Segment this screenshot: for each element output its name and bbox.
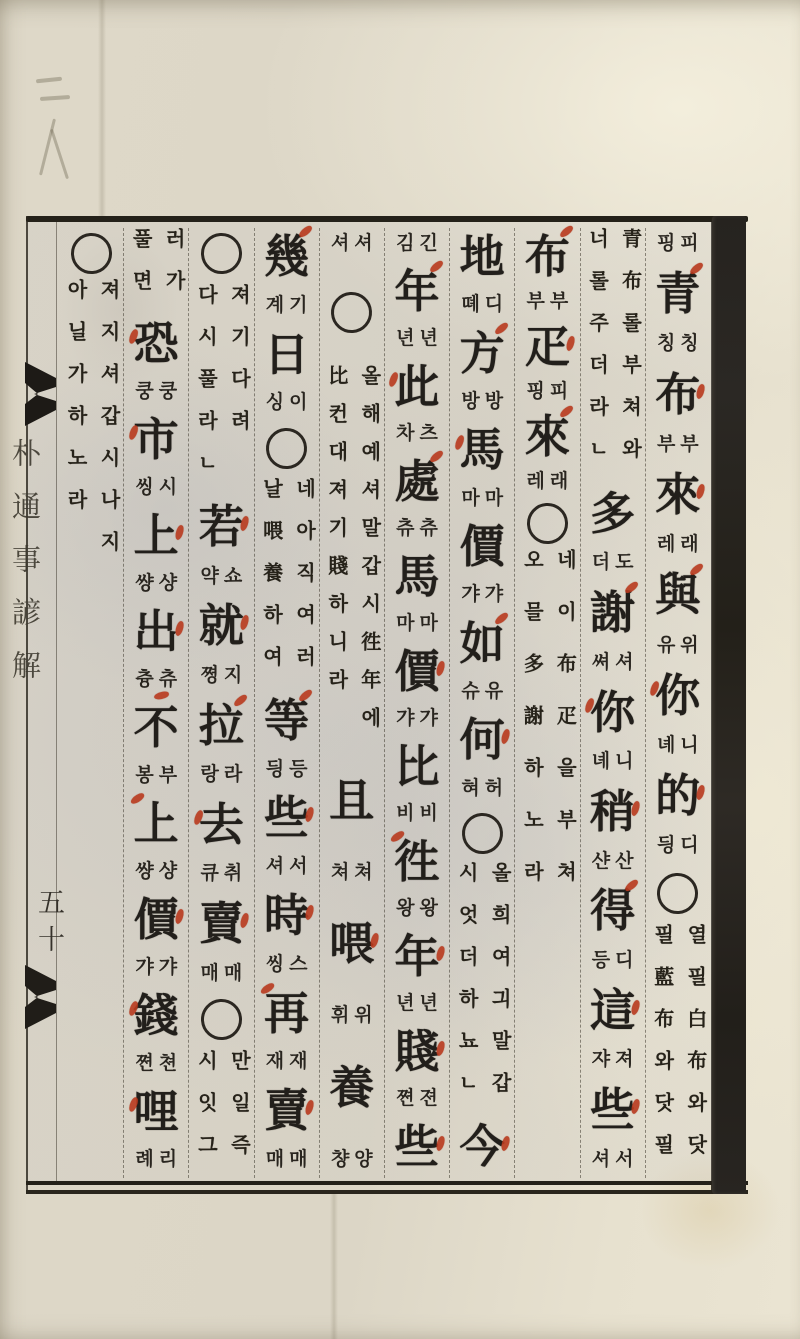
red-tone-mark <box>127 1096 140 1113</box>
red-tone-mark <box>173 620 185 636</box>
reading-right: 피 <box>680 228 698 260</box>
reading-left: 쎠 <box>592 647 610 679</box>
reading-right: 재 <box>289 1046 307 1078</box>
section-circle <box>265 427 309 471</box>
hangul-reading-pair: 레래 <box>657 529 699 561</box>
red-tone-mark <box>173 524 185 540</box>
paper-crease <box>330 1194 338 1339</box>
reading-left: 큐 <box>201 858 219 890</box>
red-tone-mark <box>127 424 140 441</box>
hangul-reading-pair: 씽스 <box>266 949 308 981</box>
red-tone-mark <box>623 879 639 893</box>
hangul-reading-pair: 매매 <box>266 1144 308 1176</box>
reading-left: 등 <box>592 945 610 977</box>
reading-right: 쳐 <box>354 857 372 889</box>
hangul-reading-pair: 비비 <box>396 798 438 830</box>
hangul-reading-pair: 셔서 <box>592 1144 634 1176</box>
hanja-char: 哩 <box>134 1083 179 1141</box>
red-tone-mark <box>304 904 316 920</box>
reading-left: 약 <box>201 561 219 593</box>
hanja-char: 稍 <box>590 783 635 841</box>
red-tone-mark <box>304 1099 316 1115</box>
hangul-reading-pair: 더도 <box>592 547 634 579</box>
red-tone-mark <box>239 912 251 928</box>
reading-right: 매 <box>289 1144 307 1176</box>
hanja-char: 與 <box>655 566 700 624</box>
red-tone-mark <box>390 829 406 843</box>
reading-right: 위 <box>680 630 698 662</box>
reading-right: 부 <box>159 760 177 792</box>
reading-right: 서 <box>615 1144 633 1176</box>
hangul-reading-pair: 유위 <box>657 630 699 662</box>
reading-right: 갸 <box>159 952 177 984</box>
reading-left: 계 <box>266 290 284 322</box>
hangul-reading-pair: 셔서 <box>266 851 308 883</box>
reading-right: 위 <box>354 1000 372 1032</box>
hangul-reading-pair: 례리 <box>135 1144 177 1176</box>
hanja-char: 若 <box>199 498 244 556</box>
reading-left: 왕 <box>396 893 414 925</box>
reading-left: 쪈 <box>396 1083 414 1115</box>
hangul-reading-pair: 핑피 <box>527 376 569 408</box>
section-circle <box>200 232 244 276</box>
reading-right: 샹 <box>159 568 177 600</box>
hanja-char: 此 <box>394 358 439 416</box>
reading-left: 썅 <box>135 856 153 888</box>
red-tone-mark <box>695 483 707 499</box>
reading-left: 쟈 <box>592 1044 610 1076</box>
hangul-reading-pair: 년년 <box>396 988 438 1020</box>
reading-right: 젼 <box>420 1083 438 1115</box>
hanja-char: 賣 <box>264 1082 309 1140</box>
text-column-9: 러가 풀면恐쿵쿵市씽시上썅샹出츙츄不봉부上썅샹價갸갸錢쪈쳔哩례리 <box>123 228 189 1176</box>
reading-left: 뗴 <box>461 289 479 321</box>
red-tone-mark <box>493 611 509 625</box>
hangul-reading-pair: 셔셔 <box>331 228 373 260</box>
reading-right: 디 <box>485 289 503 321</box>
hangul-reading-pair: 매매 <box>201 958 243 990</box>
reading-left: 갸 <box>461 579 479 611</box>
hangul-reading-pair: 갸갸 <box>396 703 438 735</box>
red-tone-mark <box>499 1135 511 1151</box>
reading-left: 차 <box>396 418 414 450</box>
reading-right: 니 <box>615 746 633 778</box>
translation-gloss: 열필白布와닷 필藍布와닷필 <box>645 924 711 1176</box>
hangul-reading-pair: 부부 <box>657 429 699 461</box>
text-column-5: 김긴年년년此차츠處츄츄馬마마價갸갸比비비徃왕왕年년년賤쪈젼些 <box>384 228 450 1176</box>
hanja-char: 幾 <box>264 228 309 286</box>
section-circle <box>200 998 244 1042</box>
hangul-reading-pair: 츙츄 <box>135 664 177 696</box>
reading-right: 라 <box>224 759 242 791</box>
reading-right: 서 <box>289 851 307 883</box>
red-tone-mark <box>369 933 381 949</box>
reading-right: 츄 <box>420 513 438 545</box>
hanja-char: 養 <box>329 1059 374 1117</box>
red-tone-mark <box>630 1098 642 1114</box>
hangul-reading-pair: 핑피 <box>657 228 699 260</box>
hangul-reading-pair: 녜니 <box>592 746 634 778</box>
hanja-char: 些 <box>264 789 309 847</box>
hangul-reading-pair: 쟈져 <box>592 1044 634 1076</box>
hangul-reading-pair: 김긴 <box>396 228 438 260</box>
red-tone-mark <box>434 660 446 676</box>
hanja-char: 多 <box>590 485 635 543</box>
hanja-char: 疋 <box>525 318 570 376</box>
hangul-reading-pair: 큐취 <box>201 858 243 890</box>
hanja-char: 方 <box>460 325 505 383</box>
reading-right: 니 <box>680 730 698 762</box>
red-tone-mark <box>127 1000 140 1017</box>
hanja-char: 青 <box>655 265 700 323</box>
hangul-reading-pair: 휘위 <box>331 1000 373 1032</box>
hanja-char: 不 <box>134 699 179 757</box>
red-tone-mark <box>630 800 642 816</box>
hangul-reading-pair: 마마 <box>461 483 503 515</box>
hanja-char: 錢 <box>134 987 179 1045</box>
hanja-char: 的 <box>655 767 700 825</box>
reading-right: 쳔 <box>159 1048 177 1080</box>
hangul-reading-pair: 쪙지 <box>201 660 243 692</box>
red-tone-mark <box>695 784 707 800</box>
reading-right: 갸 <box>485 579 503 611</box>
red-tone-mark <box>428 449 444 463</box>
hangul-reading-pair: 혀허 <box>461 773 503 805</box>
hangul-reading-pair: 쳐쳐 <box>331 857 373 889</box>
reading-left: 쪙 <box>201 660 219 692</box>
reading-left: 김 <box>396 228 414 260</box>
reading-left: 레 <box>657 529 675 561</box>
reading-left: 칭 <box>657 328 675 360</box>
hangul-reading-pair: 슈유 <box>461 676 503 708</box>
red-tone-mark <box>129 792 145 806</box>
red-tone-mark <box>173 908 185 924</box>
reading-right: 년 <box>420 988 438 1020</box>
red-tone-mark <box>239 515 251 531</box>
red-tone-mark <box>388 371 401 388</box>
red-tone-mark <box>689 563 705 577</box>
hanja-char: 地 <box>460 228 505 286</box>
translation-gloss: 올희여긔말갑 시엇더하뇨ㄴ <box>449 862 515 1114</box>
reading-left: 딍 <box>657 830 675 862</box>
reading-left: 씽 <box>266 949 284 981</box>
reading-left: 비 <box>396 798 414 830</box>
reading-right: 쿵 <box>159 376 177 408</box>
reading-left: 쿵 <box>135 376 153 408</box>
reading-right: 기 <box>289 290 307 322</box>
hanja-char: 布 <box>655 366 700 424</box>
red-tone-mark <box>453 435 466 452</box>
hanja-char: 比 <box>394 738 439 796</box>
hangul-reading-pair: 봉부 <box>135 760 177 792</box>
reading-right: 년 <box>420 323 438 355</box>
frame-border-bottom <box>26 1181 748 1185</box>
reading-right: 매 <box>224 958 242 990</box>
hangul-reading-pair: 레래 <box>527 466 569 498</box>
hanja-char: 徃 <box>394 833 439 891</box>
hangul-reading-pair: 녜니 <box>657 730 699 762</box>
hanja-char: 今 <box>460 1118 505 1176</box>
reading-left: 챵 <box>331 1144 349 1176</box>
reading-right: 시 <box>159 472 177 504</box>
frame-border-bottom-outer <box>26 1190 748 1194</box>
reading-left: 혀 <box>461 773 479 805</box>
hanja-char: 價 <box>134 891 179 949</box>
reading-right: 부 <box>550 286 568 318</box>
hangul-reading-pair: 쪈젼 <box>396 1083 438 1115</box>
red-tone-mark <box>232 693 248 707</box>
hanja-char: 市 <box>134 411 179 469</box>
hangul-reading-pair: 씽시 <box>135 472 177 504</box>
reading-left: 매 <box>266 1144 284 1176</box>
hangul-reading-pair: 갸갸 <box>461 579 503 611</box>
reading-right: 쇼 <box>224 561 242 593</box>
hangul-reading-pair: 챵양 <box>331 1144 373 1176</box>
hanja-char: 些 <box>394 1118 439 1176</box>
reading-right: 허 <box>485 773 503 805</box>
hanja-char: 日 <box>264 326 309 384</box>
hanja-char: 來 <box>655 466 700 524</box>
reading-left: 매 <box>201 958 219 990</box>
reading-left: 마 <box>461 483 479 515</box>
translation-gloss: 青布롤부쳐와 너롤주더라ㄴ <box>580 228 646 480</box>
red-tone-mark <box>434 945 446 961</box>
hangul-reading-pair: 싱이 <box>266 387 308 419</box>
hanja-char: 處 <box>394 453 439 511</box>
hanja-char: 馬 <box>394 548 439 606</box>
hanja-char: 賣 <box>199 895 244 953</box>
translation-gloss: 네이布疋을부쳐 오믈多謝하노라 <box>514 549 580 913</box>
hangul-reading-pair: 썅샹 <box>135 568 177 600</box>
reading-left: 유 <box>657 630 675 662</box>
reading-right: 칭 <box>680 328 698 360</box>
reading-right: 츠 <box>420 418 438 450</box>
hanja-char: 謝 <box>590 584 635 642</box>
red-tone-mark <box>499 729 511 745</box>
reading-right: 부 <box>680 429 698 461</box>
paper-crease <box>98 0 106 220</box>
reading-right: 갸 <box>420 703 438 735</box>
hangul-reading-pair: 차츠 <box>396 418 438 450</box>
hanja-char: 賤 <box>394 1023 439 1081</box>
reading-left: 마 <box>396 608 414 640</box>
hangul-reading-pair: 쿵쿵 <box>135 376 177 408</box>
hanja-char: 如 <box>460 615 505 673</box>
reading-right: 셔 <box>615 647 633 679</box>
red-tone-mark <box>623 580 639 594</box>
reading-left: 더 <box>592 547 610 579</box>
scanned-book-page: 朴通事諺解 五十 핑피青칭칭布부부來레래與유위你녜니的딍디열필白布와닷 필藍布와… <box>0 0 800 1339</box>
red-tone-mark <box>583 697 596 714</box>
hanja-char: 這 <box>590 982 635 1040</box>
hanja-char: 得 <box>590 882 635 940</box>
translation-gloss: 져기다려 다시풀라ㄴ <box>188 284 254 494</box>
text-column-10: 져지셔갑시나지 아닐가하노라 <box>58 228 124 1176</box>
reading-left: 츙 <box>135 664 153 696</box>
section-circle <box>656 871 700 915</box>
hangul-reading-pair: 재재 <box>266 1046 308 1078</box>
reading-left: 씽 <box>135 472 153 504</box>
red-tone-mark <box>434 1040 446 1056</box>
reading-left: 핑 <box>527 376 545 408</box>
translation-gloss: 네아직여러 날喂養하여 <box>254 478 320 688</box>
reading-right: 유 <box>485 676 503 708</box>
text-column-8: 져기다려 다시풀라ㄴ若약쇼就쪙지拉랑라去큐취賣매매만일즉 시잇그 <box>188 228 254 1176</box>
hangul-reading-pair: 츄츄 <box>396 513 438 545</box>
section-circle <box>460 812 504 856</box>
reading-right: 디 <box>615 945 633 977</box>
section-circle <box>526 502 570 546</box>
reading-left: 갸 <box>135 952 153 984</box>
red-tone-mark <box>493 321 509 335</box>
reading-right: 산 <box>615 846 633 878</box>
reading-left: 재 <box>266 1046 284 1078</box>
reading-right: 지 <box>224 660 242 692</box>
reading-left: 썅 <box>135 568 153 600</box>
reading-left: 쪈 <box>135 1048 153 1080</box>
hangul-reading-pair: 랑라 <box>201 759 243 791</box>
reading-right: 등 <box>289 754 307 786</box>
reading-left: 츄 <box>396 513 414 545</box>
reading-left: 셔 <box>266 851 284 883</box>
hanja-char: 上 <box>134 507 179 565</box>
reading-right: 왕 <box>420 893 438 925</box>
reading-left: 셔 <box>331 228 349 260</box>
hanja-char: 何 <box>460 711 505 769</box>
reading-right: 취 <box>224 858 242 890</box>
reading-left: 갸 <box>396 703 414 735</box>
reading-left: 쳐 <box>331 857 349 889</box>
reading-right: 디 <box>680 830 698 862</box>
reading-right: 피 <box>550 376 568 408</box>
hanja-char: 去 <box>199 796 244 854</box>
hangul-reading-pair: 딍등 <box>266 754 308 786</box>
hangul-reading-pair: 방방 <box>461 386 503 418</box>
reading-left: 년 <box>396 988 414 1020</box>
hangul-reading-pair: 약쇼 <box>201 561 243 593</box>
reading-right: 져 <box>615 1044 633 1076</box>
section-circle <box>330 290 374 334</box>
text-column-1: 핑피青칭칭布부부來레래與유위你녜니的딍디열필白布와닷 필藍布와닷필 <box>645 228 711 1176</box>
red-tone-mark <box>127 328 140 345</box>
hanja-char: 時 <box>264 887 309 945</box>
reading-left: 봉 <box>135 760 153 792</box>
hangul-reading-pair: 등디 <box>592 945 634 977</box>
text-column-6: 셔셔올해예셔말갑시徃年에 比컨대져기賤하니라且쳐쳐喂휘위養챵양 <box>319 228 385 1176</box>
translation-gloss: 만일즉 시잇그 <box>188 1050 254 1176</box>
reading-left: 랑 <box>201 759 219 791</box>
red-tone-mark <box>239 615 251 631</box>
reading-left: 레 <box>527 466 545 498</box>
frame-border-top <box>26 216 748 222</box>
reading-left: 부 <box>657 429 675 461</box>
reading-left: 휘 <box>331 1000 349 1032</box>
red-tone-mark <box>565 335 577 351</box>
red-tone-mark <box>630 999 642 1015</box>
translation-gloss: 져지셔갑시나지 아닐가하노라 <box>58 279 124 573</box>
hangul-reading-pair: 쪈쳔 <box>135 1048 177 1080</box>
spine-title: 朴通事諺解 <box>9 438 45 878</box>
red-tone-mark <box>434 1135 446 1151</box>
hanja-char: 你 <box>655 667 700 725</box>
hanja-char: 年 <box>394 928 439 986</box>
hangul-reading-pair: 뗴디 <box>461 289 503 321</box>
reading-left: 슈 <box>461 676 479 708</box>
hanja-char: 等 <box>264 692 309 750</box>
hangul-reading-pair: 마마 <box>396 608 438 640</box>
fishtail-ornament-icon <box>25 362 56 426</box>
hangul-reading-pair: 칭칭 <box>657 328 699 360</box>
reading-right: 래 <box>550 466 568 498</box>
reading-left: 방 <box>461 386 479 418</box>
hanja-char: 恐 <box>134 315 179 373</box>
reading-right: 마 <box>485 483 503 515</box>
reading-left: 셔 <box>592 1144 610 1176</box>
red-tone-mark <box>558 224 574 238</box>
hangul-reading-pair: 부부 <box>527 286 569 318</box>
reading-right: 셔 <box>354 228 372 260</box>
reading-left: 년 <box>396 323 414 355</box>
reading-right: 리 <box>159 1144 177 1176</box>
red-tone-mark <box>297 224 313 238</box>
hanja-char: 喂 <box>329 915 374 973</box>
red-tone-mark <box>648 680 661 697</box>
reading-right: 비 <box>420 798 438 830</box>
section-circle <box>69 232 113 276</box>
hanja-char: 布 <box>525 228 570 286</box>
reading-right: 샹 <box>159 856 177 888</box>
hangul-reading-pair: 썅샹 <box>135 856 177 888</box>
fishtail-ornament-icon <box>25 965 56 1029</box>
hangul-reading-pair: 갸갸 <box>135 952 177 984</box>
hanja-char: 上 <box>134 795 179 853</box>
hanja-char: 馬 <box>460 421 505 479</box>
reading-left: 딍 <box>266 754 284 786</box>
hanja-char: 出 <box>134 603 179 661</box>
red-tone-mark <box>192 809 205 826</box>
hanja-char: 些 <box>590 1081 635 1139</box>
text-column-2: 青布롤부쳐와 너롤주더라ㄴ多더도謝쎠셔你녜니稍샨산得등디這쟈져些셔서 <box>580 228 646 1176</box>
text-column-3: 布부부疋핑피來레래네이布疋을부쳐 오믈多謝하노라 <box>514 228 580 1176</box>
reading-left: 핑 <box>657 228 675 260</box>
hanja-char: 拉 <box>199 697 244 755</box>
red-tone-mark <box>428 259 444 273</box>
translation-gloss: 올해예셔말갑시徃年에 比컨대져기賤하니라 <box>319 365 385 745</box>
reading-right: 마 <box>420 608 438 640</box>
red-tone-mark <box>695 383 707 399</box>
reading-left: 싱 <box>266 387 284 419</box>
red-tone-mark <box>689 262 705 276</box>
hanja-char: 年 <box>394 263 439 321</box>
hanja-char: 再 <box>264 985 309 1043</box>
red-tone-mark <box>297 688 313 702</box>
reading-left: 녜 <box>657 730 675 762</box>
red-tone-mark <box>304 807 316 823</box>
hanja-char: 且 <box>329 772 374 830</box>
hangul-reading-pair: 샨산 <box>592 846 634 878</box>
reading-left: 샨 <box>592 846 610 878</box>
fold-column-line <box>56 222 57 1181</box>
red-tone-mark <box>259 981 275 995</box>
hangul-reading-pair: 쎠셔 <box>592 647 634 679</box>
text-column-7: 幾계기日싱이네아직여러 날喂養하여等딍등些셔서時씽스再재재賣매매 <box>254 228 320 1176</box>
hangul-reading-pair: 왕왕 <box>396 893 438 925</box>
reading-right: 긴 <box>420 228 438 260</box>
reading-left: 부 <box>527 286 545 318</box>
hangul-reading-pair: 딍디 <box>657 830 699 862</box>
reading-right: 양 <box>354 1144 372 1176</box>
binding-edge-bar <box>712 216 746 1194</box>
